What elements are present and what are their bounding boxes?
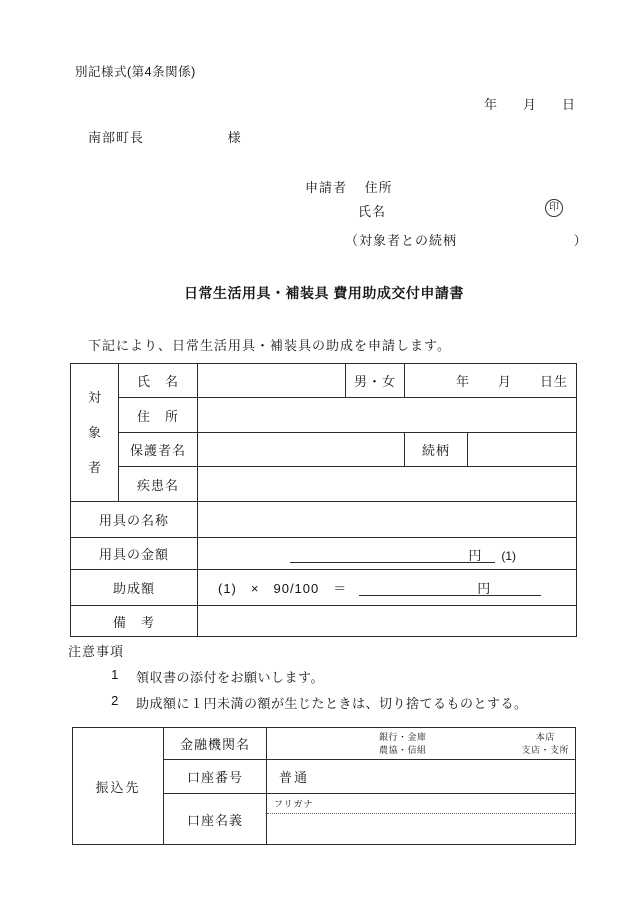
- date-line: 年 月 日: [484, 94, 575, 113]
- name-field: [198, 364, 346, 398]
- list-item: 1 領収書の添付をお願いします。: [68, 667, 528, 686]
- guardian-label: 保護者名: [119, 433, 198, 467]
- subsidy-underline: 円: [359, 578, 541, 596]
- remarks-field: [198, 606, 577, 637]
- furigana-label: フリガナ: [267, 794, 575, 814]
- list-item: 2 助成額に１円未満の額が生じたときは、切り捨てるものとする。: [68, 693, 528, 712]
- addressee-name: 南部町長: [88, 130, 144, 145]
- name-label: 氏 名: [119, 364, 198, 398]
- equipment-name-label: 用具の名称: [71, 502, 198, 538]
- branch-type-options: 本店 支店・支所: [521, 731, 569, 757]
- note-text: 領収書の添付をお願いします。: [136, 667, 324, 686]
- notes-section: 注意事項 1 領収書の添付をお願いします。 2 助成額に１円未満の額が生じたとき…: [68, 641, 528, 712]
- address-label: 住 所: [119, 398, 198, 433]
- price-underline: 円: [290, 545, 495, 563]
- transfer-table: 振込先 金融機関名 銀行・金庫 農協・信組 本店 支店・支所 口座番号 普通 口…: [72, 727, 576, 845]
- applicant-name-label: 氏名: [358, 201, 386, 220]
- birthdate-label: 年 月 日生: [405, 364, 577, 398]
- notes-heading: 注意事項: [68, 641, 528, 660]
- address-field: [198, 398, 577, 433]
- disease-field: [198, 467, 577, 502]
- relation-note-open: （対象者との続柄: [345, 233, 457, 248]
- table-row: 助成額 (1) × 90/100 ＝ 円: [71, 570, 577, 606]
- addressee-honorific: 様: [228, 130, 241, 145]
- subsidy-cell: (1) × 90/100 ＝ 円: [198, 570, 577, 606]
- account-holder-label: 口座名義: [164, 794, 267, 845]
- relation-label: 続柄: [405, 433, 468, 467]
- subject-table: 対象者 氏 名 男・女 年 月 日生 住 所 保護者名 続柄 疾患名 用具の名称…: [70, 363, 577, 637]
- table-row: 用具の金額 円 (1): [71, 538, 577, 570]
- account-type: 普通: [279, 770, 309, 785]
- table-row: 住 所: [71, 398, 577, 433]
- form-code: 別記様式(第4条関係): [75, 62, 196, 80]
- table-row: 備 考: [71, 606, 577, 637]
- subsidy-unit: 円: [477, 581, 491, 596]
- institution-label: 金融機関名: [164, 728, 267, 760]
- account-holder-field: フリガナ: [267, 794, 576, 845]
- account-number-label: 口座番号: [164, 760, 267, 794]
- institution-type-options: 銀行・金庫 農協・信組: [379, 731, 427, 757]
- subsidy-formula: (1) × 90/100 ＝: [218, 578, 347, 597]
- account-holder-blank: [267, 814, 575, 843]
- table-row: 振込先 金融機関名 銀行・金庫 農協・信組 本店 支店・支所: [73, 728, 576, 760]
- applicant-label: 申請者: [305, 180, 347, 195]
- table-row: 保護者名 続柄: [71, 433, 577, 467]
- gender-label: 男・女: [346, 364, 405, 398]
- document-page: 別記様式(第4条関係) 年 月 日 南部町長 様 申請者 住所 氏名 印 （対象…: [0, 0, 630, 915]
- equipment-price-field: 円 (1): [198, 545, 576, 563]
- remarks-label: 備 考: [71, 606, 198, 637]
- table-row: 対象者 氏 名 男・女 年 月 日生: [71, 364, 577, 398]
- relation-note-close: ）: [574, 233, 588, 248]
- subsidy-label: 助成額: [71, 570, 198, 606]
- relation-field: [468, 433, 577, 467]
- guardian-field: [198, 433, 405, 467]
- page-title: 日常生活用具・補装具 費用助成交付申請書: [0, 283, 630, 303]
- subject-group-cell: 対象者: [71, 364, 119, 502]
- note-number: 2: [108, 693, 122, 712]
- subsidy-field: (1) × 90/100 ＝ 円: [198, 578, 576, 597]
- table-row: 用具の名称: [71, 502, 577, 538]
- applicant-address-label: 住所: [365, 180, 393, 195]
- price-unit: 円: [468, 548, 481, 563]
- seal-icon: 印: [545, 199, 563, 217]
- equipment-name-field: [198, 502, 577, 538]
- transfer-group-label: 振込先: [73, 728, 164, 845]
- price-ref: (1): [501, 549, 516, 563]
- addressee-line: 南部町長 様: [88, 127, 241, 146]
- applicant-address-line: 申請者 住所: [305, 177, 393, 196]
- relation-note-line: （対象者との続柄 ）: [345, 230, 588, 249]
- account-number-field: 普通: [267, 760, 576, 794]
- table-row: 疾患名: [71, 467, 577, 502]
- institution-field: 銀行・金庫 農協・信組 本店 支店・支所: [267, 728, 576, 760]
- note-text: 助成額に１円未満の額が生じたときは、切り捨てるものとする。: [136, 693, 528, 712]
- equipment-price-cell: 円 (1): [198, 538, 577, 570]
- subject-group-label: 対象者: [87, 380, 102, 485]
- note-number: 1: [108, 667, 122, 686]
- disease-label: 疾患名: [119, 467, 198, 502]
- equipment-price-label: 用具の金額: [71, 538, 198, 570]
- intro-sentence: 下記により、日常生活用具・補装具の助成を申請します。: [88, 335, 451, 354]
